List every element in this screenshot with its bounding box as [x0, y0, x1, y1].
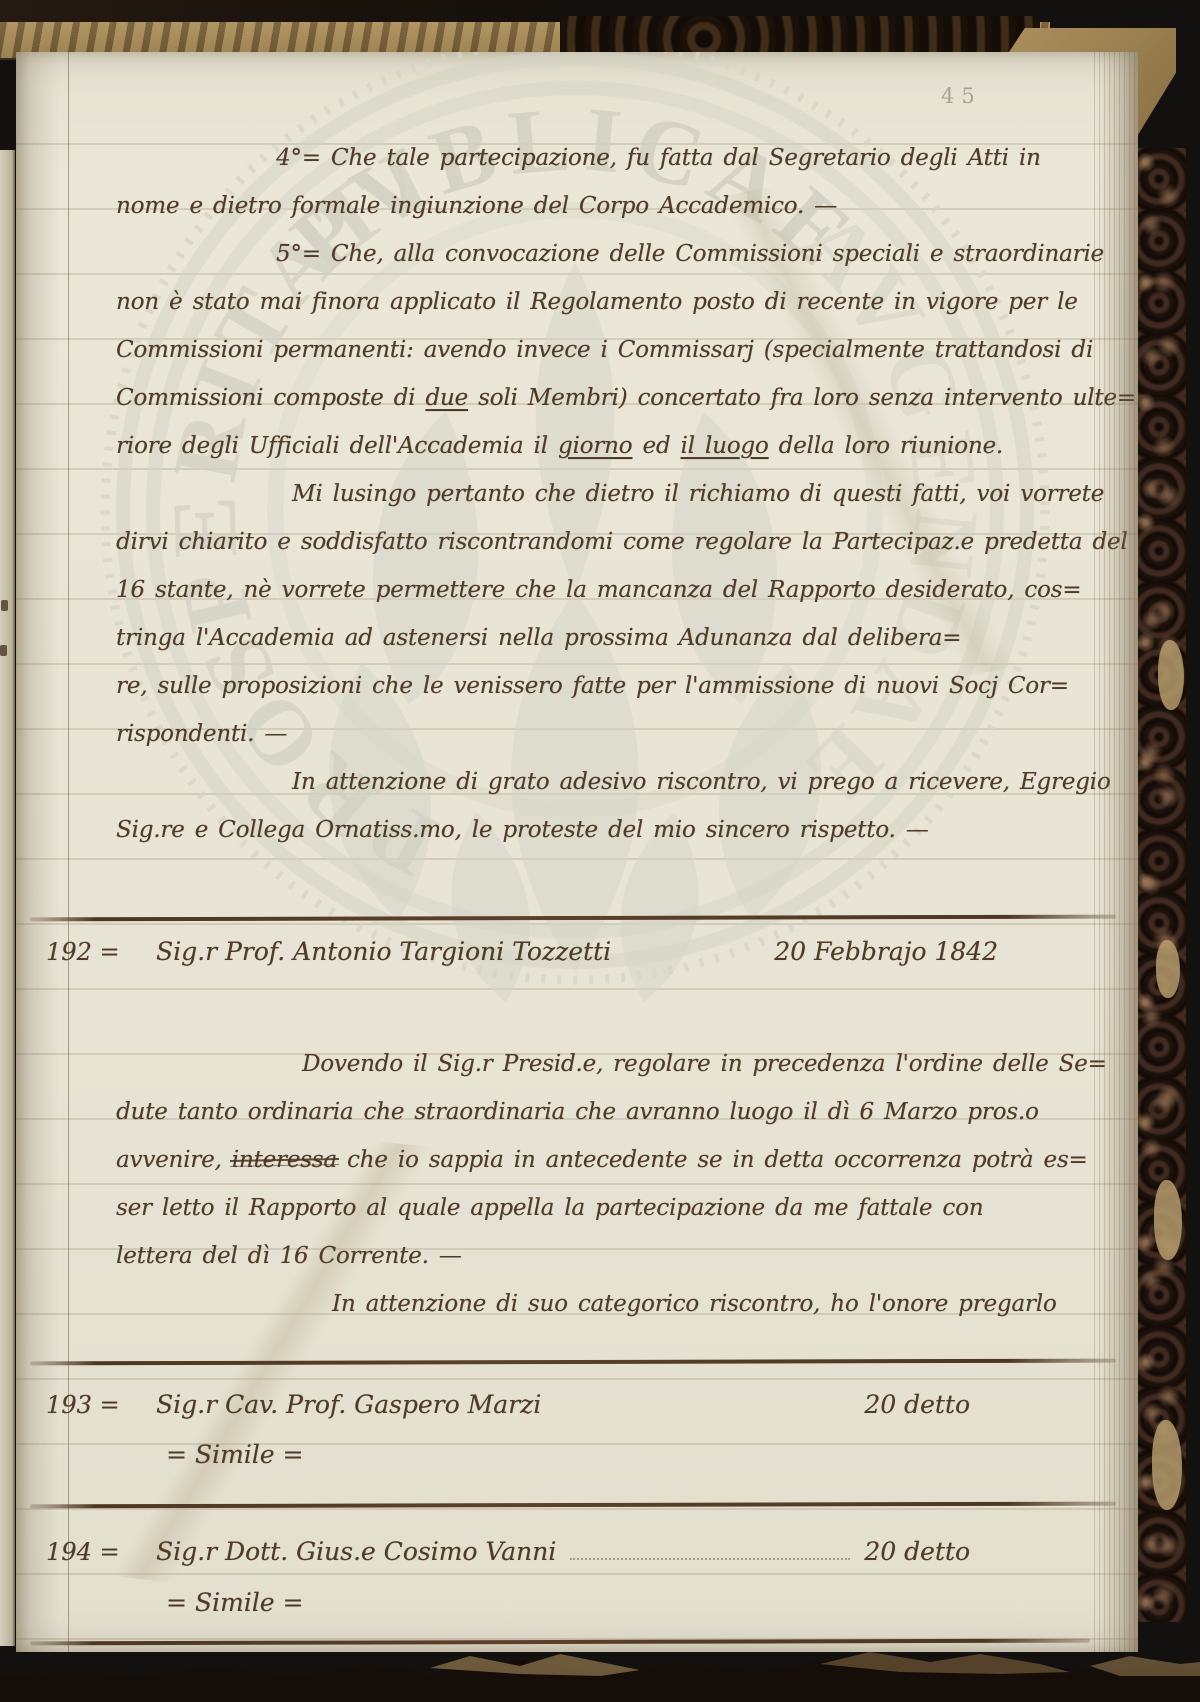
- manuscript-line: Commissioni permanenti: avendo invece i …: [116, 326, 1020, 374]
- manuscript-line: In attenzione di suo categorico riscontr…: [116, 1280, 1020, 1328]
- manuscript-line: 16 stante, nè vorrete permettere che la …: [116, 566, 1020, 614]
- manuscript-line: dirvi chiarito e soddisfatto riscontrand…: [116, 518, 1020, 566]
- dotted-leader: [570, 1538, 850, 1560]
- manuscript-text-segment: giorno: [558, 433, 632, 459]
- manuscript-text-segment: ser letto il Rapporto al quale appella l…: [116, 1195, 983, 1221]
- row-spacer: [625, 940, 760, 960]
- manuscript-text-segment: ed: [632, 433, 680, 459]
- entry-name: Sig.r Prof. Antonio Targioni Tozzetti: [138, 937, 611, 966]
- manuscript-text-segment: dute tanto ordinaria che straordinaria c…: [116, 1099, 1039, 1125]
- manuscript-text-segment: due: [425, 385, 468, 411]
- manuscript-text-segment: Sig.re e Collega Ornatiss.mo, le protest…: [116, 817, 929, 843]
- manuscript-line: non è stato mai finora applicato il Rego…: [116, 278, 1020, 326]
- cover-wear-spot: [1156, 940, 1180, 998]
- manuscript-text-segment: non è stato mai finora applicato il Rego…: [116, 289, 1078, 315]
- edge-ink-mark: [0, 645, 7, 656]
- page-number: 45: [941, 84, 982, 108]
- register-entry-193: 193 = Sig.r Cav. Prof. Gaspero Marzi 20 …: [46, 1390, 998, 1430]
- entry-number: 192 =: [46, 938, 138, 966]
- manuscript-line: riore degli Ufficiali dell'Accademia il …: [116, 422, 1020, 470]
- manuscript-line: avvenire, interessa che io sappia in ant…: [116, 1136, 1020, 1184]
- manuscript-line: re, sulle proposizioni che le venissero …: [116, 662, 1020, 710]
- previous-page-edge: [0, 150, 15, 1646]
- manuscript-line: Dovendo il Sig.r Presid.e, regolare in p…: [116, 1040, 1020, 1088]
- manuscript-text-segment: che io sappia in antecedente se in detta…: [337, 1147, 1088, 1173]
- edge-ink-mark: [1, 600, 8, 611]
- manuscript-text-segment: avvenire,: [116, 1147, 232, 1173]
- manuscript-line: tringa l'Accademia ad astenersi nella pr…: [116, 614, 1020, 662]
- letter-body: 4°= Che tale partecipazione, fu fatta da…: [116, 134, 1020, 854]
- manuscript-line: In attenzione di grato adesivo riscontro…: [116, 758, 1020, 806]
- manuscript-text-segment: riore degli Ufficiali dell'Accademia il: [116, 433, 558, 459]
- manuscript-text-segment: re, sulle proposizioni che le venissero …: [116, 673, 1069, 699]
- page-edge-stack: [1094, 52, 1138, 1652]
- manuscript-line: dute tanto ordinaria che straordinaria c…: [116, 1088, 1020, 1136]
- manuscript-line: 5°= Che, alla convocazione delle Commiss…: [116, 230, 1020, 278]
- entry-name: Sig.r Cav. Prof. Gaspero Marzi: [138, 1390, 541, 1419]
- register-entry-192: 192 = Sig.r Prof. Antonio Targioni Tozze…: [46, 937, 998, 977]
- manuscript-text-segment: nome e dietro formale ingiunzione del Co…: [116, 193, 837, 219]
- manuscript-line: Sig.re e Collega Ornatiss.mo, le protest…: [116, 806, 1020, 854]
- cover-wear-spot: [1158, 640, 1184, 710]
- manuscript-text-segment: lettera del dì 16 Corrente. —: [116, 1243, 462, 1269]
- manuscript-line: lettera del dì 16 Corrente. —: [116, 1232, 1020, 1280]
- manuscript-line: Commissioni composte di due soli Membri)…: [116, 374, 1020, 422]
- manuscript-text-segment: il luogo: [681, 433, 769, 459]
- register-entry-194: 194 = Sig.r Dott. Gius.e Cosimo Vanni 20…: [46, 1537, 998, 1577]
- manuscript-text-segment: Dovendo il Sig.r Presid.e, regolare in p…: [302, 1051, 1107, 1077]
- manuscript-text-segment: della loro riunione.: [769, 433, 1003, 459]
- manuscript-line: 4°= Che tale partecipazione, fu fatta da…: [116, 134, 1020, 182]
- entry-number: 194 =: [46, 1538, 138, 1566]
- manuscript-line: rispondenti. —: [116, 710, 1020, 758]
- entry-192-body: Dovendo il Sig.r Presid.e, regolare in p…: [116, 1040, 1020, 1328]
- entry-number: 193 =: [46, 1391, 138, 1419]
- section-rule: [30, 915, 1116, 922]
- entry-date: 20 Febbrajo 1842: [774, 937, 998, 966]
- cover-wear-spot: [1152, 1420, 1182, 1510]
- cover-wear-spot: [1154, 1180, 1182, 1260]
- entry-date: 20 detto: [864, 1390, 998, 1419]
- manuscript-text-segment: tringa l'Accademia ad astenersi nella pr…: [116, 625, 961, 651]
- entry-name: Sig.r Dott. Gius.e Cosimo Vanni: [138, 1537, 556, 1566]
- manuscript-text-segment: 16 stante, nè vorrete permettere che la …: [116, 577, 1081, 603]
- manuscript-text-segment: interessa: [232, 1147, 337, 1173]
- manuscript-page: PVBLICAE PROSPERITATI AVGENDAE 45 4°= Ch…: [16, 52, 1138, 1652]
- entry-note: = Simile =: [166, 1440, 303, 1469]
- manuscript-text-segment: In attenzione di grato adesivo riscontro…: [292, 769, 1111, 795]
- manuscript-line: ser letto il Rapporto al quale appella l…: [116, 1184, 1020, 1232]
- manuscript-line: Mi lusingo pertanto che dietro il richia…: [116, 470, 1020, 518]
- entry-date: 20 detto: [864, 1537, 998, 1566]
- row-spacer: [555, 1393, 850, 1413]
- section-rule: [30, 1359, 1116, 1366]
- manuscript-photo: PVBLICAE PROSPERITATI AVGENDAE 45 4°= Ch…: [0, 0, 1200, 1702]
- section-rule: [30, 1502, 1116, 1509]
- manuscript-text-segment: rispondenti. —: [116, 721, 287, 747]
- manuscript-text-segment: Commissioni composte di: [116, 385, 425, 411]
- manuscript-text-segment: dirvi chiarito e soddisfatto riscontrand…: [116, 529, 1128, 555]
- manuscript-text-segment: 4°= Che tale partecipazione, fu fatta da…: [276, 145, 1041, 171]
- manuscript-text-segment: Commissioni permanenti: avendo invece i …: [116, 337, 1093, 363]
- torn-bottom-edge: [0, 1642, 1200, 1702]
- manuscript-text-segment: In attenzione di suo categorico riscontr…: [332, 1291, 1057, 1317]
- entry-note: = Simile =: [166, 1588, 303, 1617]
- manuscript-text-segment: 5°= Che, alla convocazione delle Commiss…: [276, 241, 1104, 267]
- manuscript-text-segment: soli Membri) concertato fra loro senza i…: [468, 385, 1136, 411]
- manuscript-line: nome e dietro formale ingiunzione del Co…: [116, 182, 1020, 230]
- manuscript-text-segment: Mi lusingo pertanto che dietro il richia…: [292, 481, 1104, 507]
